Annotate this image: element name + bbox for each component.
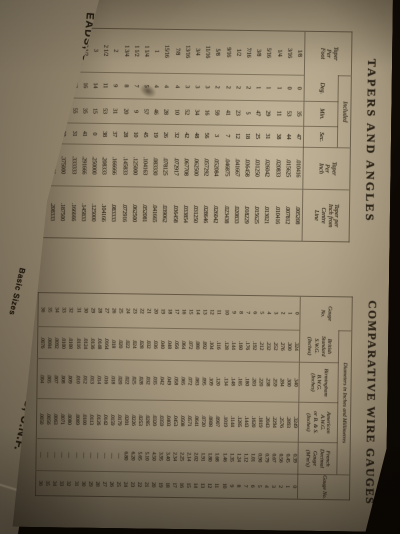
table-cell: .032	[143, 360, 151, 400]
table-cell: .026042	[210, 188, 221, 240]
table-cell: .145833	[77, 186, 88, 238]
table-cell: 1	[283, 474, 290, 499]
table-cell: 1.24	[234, 441, 241, 473]
table-cell: 15	[89, 98, 100, 123]
table-cell: 7/16	[243, 30, 254, 74]
table-cell: .192	[250, 330, 257, 362]
table-cell: 7	[243, 295, 251, 329]
table-cell: 2.25	[178, 441, 185, 473]
table-cell: .104	[207, 329, 214, 361]
table-cell: .0285	[143, 400, 151, 440]
table-cell: 28	[93, 471, 100, 496]
table-cell: 20	[120, 99, 131, 124]
table-cell: .212	[257, 330, 264, 362]
table-cell: .0076	[38, 327, 46, 359]
table-cell: .0403	[164, 400, 172, 440]
table-cell: 7	[221, 125, 231, 146]
table-cell: 5/8	[212, 30, 223, 74]
table-cell: .092	[200, 329, 207, 361]
table-cell: .022	[122, 360, 130, 400]
table-cell: .300	[285, 330, 292, 362]
table-cell: 1 1/2	[130, 29, 141, 73]
table-cell: .072	[186, 329, 193, 361]
table-cell: 3.95	[156, 440, 163, 472]
table-cell: .062500	[190, 146, 201, 188]
table-cell: .007812	[281, 189, 292, 241]
table-cell: 2	[222, 74, 233, 100]
table-cell: .0124	[80, 327, 87, 359]
table-cell: .010416	[292, 147, 303, 189]
table-cell: .052084	[210, 146, 221, 188]
table-cell: 16	[177, 473, 184, 498]
header-taper-per-inch: Taper Per Inch	[303, 147, 351, 190]
table-cell: 2.14	[185, 441, 192, 473]
table-cell: .0720	[199, 401, 207, 441]
table-cell: 35	[46, 293, 54, 327]
table-cell: .032	[144, 328, 151, 360]
table-cell: .284	[277, 362, 285, 402]
table-cell: 0	[290, 474, 298, 499]
table-cell: 0.79	[262, 442, 269, 474]
wire-gauges-table-title: COMPARATIVE WIRE GAUGES	[363, 295, 378, 511]
table-cell: .014	[94, 359, 102, 399]
table-cell: —	[58, 439, 65, 471]
table-cell: 1	[151, 29, 162, 73]
table-cell: 1.68	[213, 441, 220, 473]
table-cell: .176	[243, 329, 250, 361]
table-cell: .165	[235, 361, 243, 401]
table-cell: 0	[89, 123, 99, 144]
table-cell: 0.67	[269, 442, 276, 474]
table-cell: .083330	[149, 145, 160, 187]
table-cell: 47	[293, 126, 304, 147]
table-cell: .056	[172, 328, 179, 360]
table-cell: 2 1/2	[100, 28, 111, 72]
table-cell: .064	[179, 329, 186, 361]
table-cell: .004	[37, 359, 45, 399]
table-cell: 19	[150, 124, 160, 145]
header-diameters: Diameters in Inches and Millimetres	[337, 331, 352, 475]
table-cell: .0142	[100, 399, 108, 439]
table-cell: .028646	[200, 188, 211, 240]
table-cell: 10	[171, 99, 182, 124]
table-cell: 32	[170, 124, 180, 145]
table-cell: 17	[172, 294, 180, 328]
table-cell: 41	[78, 123, 88, 144]
table-cell: 3/4	[192, 30, 203, 74]
table-cell: 5.10	[142, 440, 149, 472]
table-cell: 16	[180, 295, 188, 329]
table-cell: 5	[255, 474, 262, 499]
table-cell: 5	[242, 100, 253, 125]
table-cell: .208333	[98, 144, 109, 186]
table-cell: .1443	[241, 401, 249, 441]
table-cell: .0136	[87, 327, 94, 359]
table-cell: 29	[86, 471, 93, 496]
wire-gauges-table-body: 0.324.340.32490.3901.300.300.28930.4512.…	[36, 293, 301, 500]
table-cell: .024	[130, 328, 137, 360]
table-cell: .0148	[95, 327, 102, 359]
table-cell: 11	[212, 473, 219, 498]
tapers-table-title: TAPERS AND ANGLES	[362, 42, 380, 240]
table-cell: 0	[292, 296, 300, 330]
table-cell: 6.80	[121, 440, 128, 472]
table-cell: .023438	[220, 188, 231, 240]
table-cell: —	[36, 439, 44, 471]
table-cell: .203	[249, 362, 257, 402]
table-cell: 44	[282, 126, 292, 147]
table-cell: 1/8	[294, 31, 305, 75]
table-cell: .008	[59, 359, 67, 399]
table-cell: 33	[60, 293, 68, 327]
table-cell: .128	[221, 329, 228, 361]
table-cell: 1.91	[199, 441, 206, 473]
table-cell: 20	[149, 472, 156, 497]
table-cell: 37	[109, 124, 119, 145]
table-cell: .026042	[261, 147, 272, 189]
table-cell: 53	[99, 98, 110, 123]
table-cell: .187500	[57, 186, 68, 238]
table-cell: .0159	[108, 400, 116, 440]
table-cell: .1019	[220, 401, 228, 441]
table-cell: .166666	[108, 145, 119, 187]
table-cell: .041667	[231, 146, 242, 188]
table-cell: 34	[53, 293, 61, 327]
table-cell: 8	[120, 73, 131, 99]
table-cell: 23	[232, 100, 243, 125]
table-cell: —	[114, 440, 121, 472]
table-cell: 18	[242, 125, 252, 146]
table-cell: 14	[89, 72, 100, 98]
table-cell: 27	[100, 471, 107, 496]
header-awg: American A.W.G. or B. & S. (Inches)	[298, 402, 338, 443]
table-cell: 47	[252, 101, 263, 126]
table-cell: 4	[161, 73, 172, 99]
table-cell: .080	[193, 329, 200, 361]
table-cell: 11	[273, 101, 284, 126]
table-cell: 25	[114, 472, 121, 497]
table-cell: .020	[115, 360, 123, 400]
table-cell: .072917	[170, 145, 181, 187]
table-cell: 28	[160, 99, 171, 124]
table-cell: 1.46	[220, 441, 227, 473]
table-cell: .0907	[213, 401, 221, 441]
table-cell: .0050	[37, 399, 45, 439]
table-cell: 1.80	[206, 441, 213, 473]
table-cell: 6.20	[128, 440, 135, 472]
table-cell: .0164	[102, 327, 109, 359]
table-cell: 56	[201, 125, 211, 146]
table-cell: .252	[271, 330, 278, 362]
table-cell: 17	[170, 472, 177, 497]
table-cell: .016	[101, 359, 109, 399]
table-cell: 12	[208, 295, 216, 329]
table-cell: .148	[228, 361, 236, 401]
table-cell: —	[65, 439, 72, 471]
table-cell: 2	[278, 296, 286, 330]
table-cell: —	[51, 439, 58, 471]
table-cell: 5.65	[135, 440, 142, 472]
header-taper-per-foot: Taper Per Foot	[304, 31, 352, 76]
table-cell: .039062	[159, 187, 170, 239]
header-included: Included	[337, 76, 351, 148]
table-cell: .259	[270, 362, 278, 402]
table-cell: 12	[231, 125, 241, 146]
table-cell: 2	[212, 74, 223, 100]
table-cell: .109	[207, 361, 215, 401]
table-cell: 13	[201, 295, 209, 329]
table-cell: 2	[276, 474, 283, 499]
table-cell: 31	[262, 126, 272, 147]
table-cell: .0100	[59, 327, 66, 359]
table-cell: 3	[90, 28, 101, 72]
table-cell: .065	[179, 361, 187, 401]
table-cell: 52	[181, 100, 192, 125]
table-cell: 0.56	[276, 442, 283, 474]
table-cell: 23	[130, 294, 138, 328]
table-cell: 38	[99, 123, 109, 144]
table-cell: .012	[80, 359, 88, 399]
table-cell: .0084	[45, 327, 52, 359]
table-cell: 16	[201, 100, 212, 125]
table-cell: 42	[180, 125, 190, 146]
table-cell: .057292	[200, 146, 211, 188]
table-cell: .018	[109, 328, 116, 360]
table-cell: 10	[222, 295, 230, 329]
table-cell: .046875	[221, 146, 232, 188]
table-cell: .0179	[115, 400, 123, 440]
table-cell: .052081	[138, 187, 149, 239]
table-cell: .095	[200, 361, 208, 401]
table-cell: .078125	[159, 145, 170, 187]
table-cell: 0.90	[255, 442, 262, 474]
table-cell: .015625	[251, 189, 262, 241]
header-bwg: Birmingham B.W.G. (Inches)	[299, 362, 339, 403]
table-cell: 57	[140, 99, 151, 124]
table-cell: .018	[108, 360, 116, 400]
table-cell: 0.45	[283, 442, 290, 474]
table-cell: .007	[52, 359, 60, 399]
table-cell: 20	[151, 294, 159, 328]
table-cell: .2893	[284, 402, 292, 442]
table-cell: 10	[129, 124, 139, 145]
table-cell: 36	[36, 471, 44, 496]
table-cell: 2.34	[170, 440, 177, 472]
table-cell: .166666	[67, 186, 78, 238]
table-cell: 45	[140, 124, 150, 145]
table-cell: .120	[214, 361, 222, 401]
table-cell: .0080	[65, 399, 73, 439]
table-cell: .036458	[169, 187, 180, 239]
table-cell: .035	[150, 360, 158, 400]
table-cell: 34	[191, 100, 202, 125]
table-cell: .232	[264, 330, 271, 362]
table-cell: 2	[242, 74, 253, 100]
header-gauge-no-right: Gauge No.	[297, 474, 349, 500]
table-cell: .180	[242, 361, 250, 401]
table-cell: 29	[88, 293, 96, 327]
table-cell: .0100	[79, 399, 87, 439]
table-cell: .0092	[52, 327, 59, 359]
table-cell: 11/16	[202, 30, 213, 74]
table-cell: .3249	[291, 402, 299, 442]
header-sec: Sec.	[303, 126, 337, 147]
table-cell: 3	[181, 74, 192, 100]
table-cell: .0571	[185, 401, 193, 441]
table-cell: 4	[262, 474, 269, 499]
table-cell: 3.40	[163, 440, 170, 472]
table-cell: 15	[187, 295, 195, 329]
table-cell: 29	[262, 101, 273, 126]
table-cell: 46	[150, 99, 161, 124]
table-cell: 19	[156, 472, 163, 497]
table-cell: 2.02	[192, 441, 199, 473]
table-cell: 2	[110, 29, 121, 73]
table-cell: 32	[67, 293, 75, 327]
table-cell: 15	[184, 473, 191, 498]
table-cell: —	[93, 439, 100, 471]
table-cell: 7	[241, 473, 248, 498]
table-cell: 31	[71, 471, 78, 496]
table-cell: 59	[211, 100, 222, 125]
header-gauge-no-left: Gauge No.	[300, 296, 352, 331]
table-cell: 23	[128, 472, 135, 497]
table-cell: 1.35	[227, 441, 234, 473]
table-cell: .041665	[149, 187, 160, 239]
table-cell: 15/16	[161, 29, 172, 73]
table-cell: 35	[79, 98, 90, 123]
table-cell: 18	[165, 294, 173, 328]
table-cell: .0359	[157, 400, 165, 440]
table-cell: 1	[273, 75, 284, 101]
table-cell: .018229	[240, 188, 251, 240]
table-cell: 14	[191, 473, 198, 498]
table-cell: 0	[283, 75, 294, 101]
table-cell: 28	[119, 124, 129, 145]
table-cell: .0071	[58, 399, 66, 439]
table-cell: 41	[222, 100, 233, 125]
table-cell: .333333	[68, 144, 79, 186]
table-cell: 1.12	[241, 441, 248, 473]
table-cell: 34	[50, 471, 57, 496]
table-cell: .028	[136, 360, 144, 400]
table-cell: .2043	[263, 402, 271, 442]
table-cell: 1.01	[248, 442, 255, 474]
table-cell: 11	[215, 295, 223, 329]
table-cell: 33	[57, 471, 64, 496]
table-cell: .010	[73, 359, 81, 399]
table-cell: 32	[64, 471, 71, 496]
table-cell: .324	[292, 330, 300, 362]
table-cell: 12	[205, 473, 212, 498]
table-cell: .134	[221, 361, 229, 401]
table-cell: 1/2	[232, 30, 243, 74]
table-cell: .058	[171, 360, 179, 400]
table-cell: 3	[269, 474, 276, 499]
table-cell: .0201	[122, 400, 130, 440]
table-cell: 1	[285, 296, 293, 330]
table-cell: 3	[202, 74, 213, 100]
table-cell: 26	[160, 124, 170, 145]
table-cell: .020833	[272, 147, 283, 189]
table-cell: 18	[163, 472, 170, 497]
table-cell: .0253	[136, 400, 144, 440]
table-cell: .2294	[270, 402, 278, 442]
table-cell: 3	[191, 74, 202, 100]
table-cell: .072	[186, 361, 194, 401]
header-french: French Decimal Gauge (M'm's)	[298, 442, 337, 475]
table-cell: .250000	[88, 144, 99, 186]
table-cell: .291666	[78, 144, 89, 186]
table-cell: 0	[293, 75, 304, 101]
table-cell: 4	[264, 296, 272, 330]
table-cell: .300	[284, 362, 292, 402]
table-cell: .022	[123, 328, 130, 360]
table-cell: 6	[250, 296, 258, 330]
table-cell: .1620	[248, 402, 256, 442]
table-cell: .0108	[66, 327, 73, 359]
table-cell: .238	[263, 362, 271, 402]
table-cell: .0808	[206, 401, 214, 441]
table-cell: .2576	[277, 402, 285, 442]
table-cell: .049	[164, 360, 172, 400]
table-cell: .0126	[93, 399, 101, 439]
table-cell: .005	[45, 359, 53, 399]
table-cell: 9/16	[222, 30, 233, 74]
table-cell: .036458	[241, 146, 252, 188]
table-cell: 35	[43, 471, 50, 496]
table-cell: 53	[283, 101, 294, 126]
table-cell: .0089	[72, 399, 80, 439]
table-cell: .0641	[192, 401, 200, 441]
table-cell: 5	[257, 296, 265, 330]
table-cell: .1819	[255, 402, 263, 442]
table-cell: .028	[137, 328, 144, 360]
table-cell: .0508	[178, 401, 186, 441]
header-taper-per-inch-centre-line: Taper per Inch from Centre Line	[302, 189, 350, 242]
table-cell: .083	[193, 361, 201, 401]
table-cell: 8	[236, 295, 244, 329]
table-cell: .0226	[129, 400, 137, 440]
table-cell: .040	[158, 328, 165, 360]
table-cell: 10	[219, 473, 226, 498]
table-cell: 31	[68, 123, 78, 144]
table-cell: 3	[271, 296, 279, 330]
table-cell: .145833	[119, 145, 130, 187]
table-cell: .013	[87, 359, 95, 399]
table-cell: .340	[291, 362, 299, 402]
table-cell: .042	[157, 360, 165, 400]
table-cell: 21	[144, 294, 152, 328]
table-cell: .020	[116, 328, 123, 360]
table-cell: .1285	[234, 401, 242, 441]
table-cell: 16	[79, 72, 90, 98]
table-cell: 31	[109, 99, 120, 124]
table-cell: .0453	[171, 400, 179, 440]
table-cell: —	[72, 439, 79, 471]
table-cell: .1144	[227, 401, 235, 441]
table-cell: 9	[130, 99, 141, 124]
table-cell: 11	[99, 72, 110, 98]
table-cell: 7/8	[171, 29, 182, 73]
table-cell: 9	[229, 295, 237, 329]
table-cell: 28	[95, 293, 103, 327]
table-cell: .031250	[251, 147, 262, 189]
table-cell: .005208	[291, 189, 302, 241]
table-cell: 19	[158, 294, 166, 328]
table-cell: 22	[137, 294, 145, 328]
table-cell: .015625	[282, 147, 293, 189]
